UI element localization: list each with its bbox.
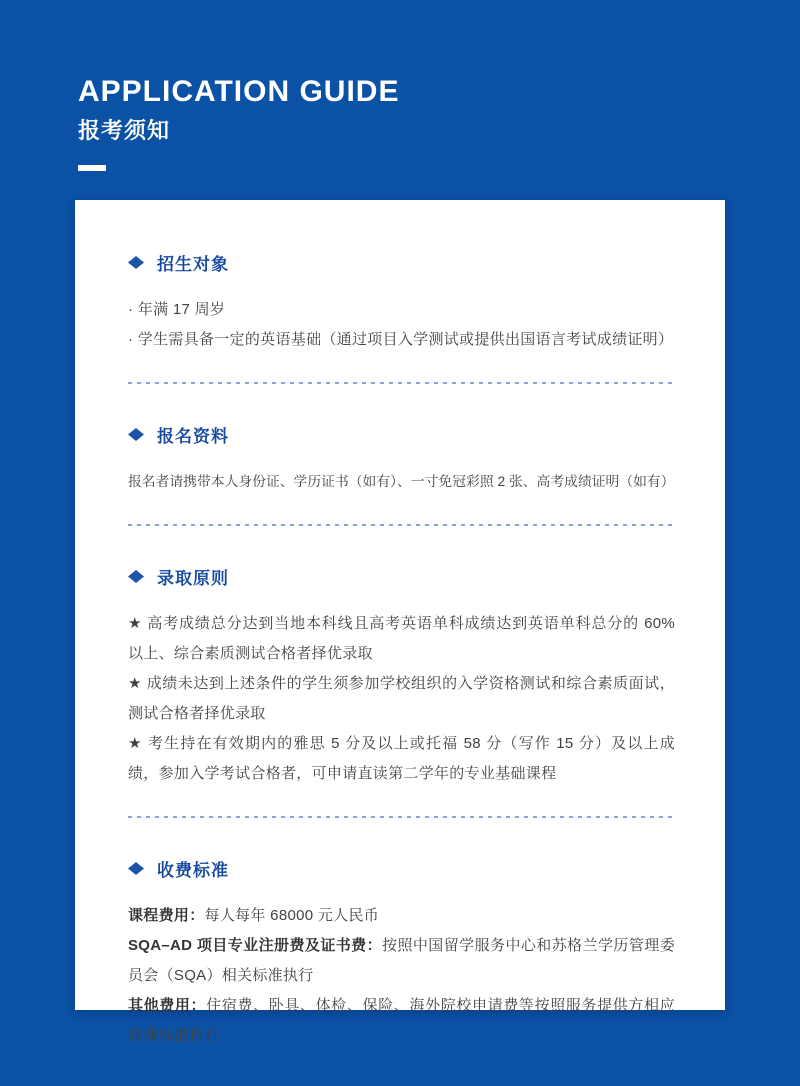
section-heading: 招生对象 bbox=[128, 250, 675, 275]
section-heading-label: 录取原则 bbox=[157, 564, 229, 589]
fee-line: 课程费用：每人每年 68000 元人民币 bbox=[128, 901, 675, 931]
diamond-icon bbox=[128, 862, 144, 875]
fee-line: SQA–AD 项目专业注册费及证书费：按照中国留学服务中心和苏格兰学历管理委员会… bbox=[128, 931, 675, 991]
section-heading: 录取原则 bbox=[128, 564, 675, 589]
section-heading: 收费标准 bbox=[128, 856, 675, 881]
fee-label: SQA–AD 项目专业注册费及证书费： bbox=[128, 937, 382, 954]
fee-label: 课程费用： bbox=[128, 907, 205, 924]
page-title-en: APPLICATION GUIDE bbox=[78, 76, 399, 108]
section-body: ★ 高考成绩总分达到当地本科线且高考英语单科成绩达到英语单科总分的 60% 以上… bbox=[128, 609, 675, 789]
fee-label: 其他费用： bbox=[128, 997, 206, 1014]
section-heading-label: 招生对象 bbox=[157, 250, 229, 275]
page-title-zh: 报考须知 bbox=[78, 119, 399, 143]
fee-text: 住宿费、卧具、体检、保险、海外院校申请费等按照服务提供方相应收费标准执行 bbox=[128, 997, 675, 1044]
fee-line: 其他费用：住宿费、卧具、体检、保险、海外院校申请费等按照服务提供方相应收费标准执… bbox=[128, 991, 675, 1051]
section-admission-principles: 录取原则 ★ 高考成绩总分达到当地本科线且高考英语单科成绩达到英语单科总分的 6… bbox=[128, 564, 675, 818]
bullet-item: · 年满 17 周岁 bbox=[128, 295, 675, 325]
section-heading-label: 收费标准 bbox=[157, 856, 229, 881]
page-background: APPLICATION GUIDE 报考须知 招生对象 · 年满 17 周岁 ·… bbox=[0, 0, 800, 1086]
section-enrollment-target: 招生对象 · 年满 17 周岁 · 学生需具备一定的英语基础（通过项目入学测试或… bbox=[128, 250, 675, 384]
section-application-materials: 报名资料 报名者请携带本人身份证、学历证书（如有）、一寸免冠彩照 2 张、高考成… bbox=[128, 422, 675, 526]
star-item: ★ 高考成绩总分达到当地本科线且高考英语单科成绩达到英语单科总分的 60% 以上… bbox=[128, 609, 675, 669]
section-body: 报名者请携带本人身份证、学历证书（如有）、一寸免冠彩照 2 张、高考成绩证明（如… bbox=[128, 467, 675, 497]
dashed-divider bbox=[128, 816, 675, 818]
dashed-divider bbox=[128, 382, 675, 384]
bullet-item: · 学生需具备一定的英语基础（通过项目入学测试或提供出国语言考试成绩证明） bbox=[128, 325, 675, 355]
fee-text: 每人每年 68000 元人民币 bbox=[205, 907, 380, 924]
section-heading-label: 报名资料 bbox=[157, 422, 229, 447]
content-card: 招生对象 · 年满 17 周岁 · 学生需具备一定的英语基础（通过项目入学测试或… bbox=[75, 200, 725, 1010]
section-body: 课程费用：每人每年 68000 元人民币 SQA–AD 项目专业注册费及证书费：… bbox=[128, 901, 675, 1051]
section-heading: 报名资料 bbox=[128, 422, 675, 447]
star-item: ★ 考生持在有效期内的雅思 5 分及以上或托福 58 分（写作 15 分）及以上… bbox=[128, 729, 675, 789]
title-underline-bar bbox=[78, 165, 106, 171]
section-body: · 年满 17 周岁 · 学生需具备一定的英语基础（通过项目入学测试或提供出国语… bbox=[128, 295, 675, 355]
page-header: APPLICATION GUIDE 报考须知 bbox=[78, 76, 399, 171]
star-item: ★ 成绩未达到上述条件的学生须参加学校组织的入学资格测试和综合素质面试，测试合格… bbox=[128, 669, 675, 729]
dashed-divider bbox=[128, 524, 675, 526]
section-fee-standards: 收费标准 课程费用：每人每年 68000 元人民币 SQA–AD 项目专业注册费… bbox=[128, 856, 675, 1051]
diamond-icon bbox=[128, 428, 144, 441]
diamond-icon bbox=[128, 256, 144, 269]
diamond-icon bbox=[128, 570, 144, 583]
section-paragraph: 报名者请携带本人身份证、学历证书（如有）、一寸免冠彩照 2 张、高考成绩证明（如… bbox=[128, 467, 675, 497]
